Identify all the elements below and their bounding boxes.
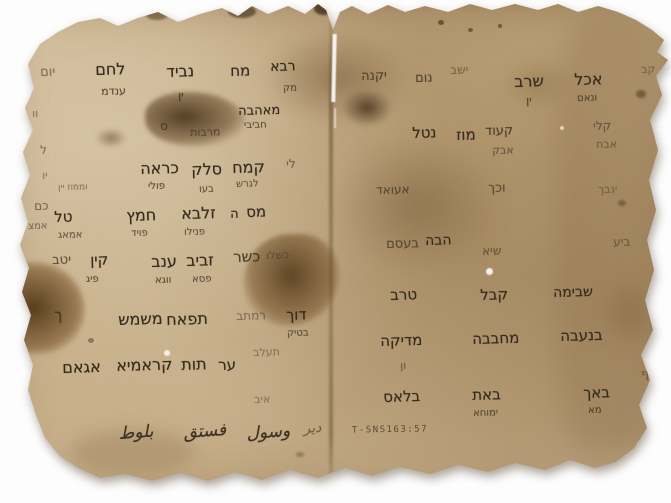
manuscript-word: בלאס: [383, 389, 420, 405]
manuscript-word: יום: [40, 66, 55, 79]
manuscript-word: זביב: [186, 252, 214, 269]
manuscript-word: כראה: [140, 160, 179, 177]
manuscript-word: שרב: [514, 73, 544, 90]
manuscript-word: קין: [90, 253, 108, 268]
manuscript-word: שיא: [482, 244, 502, 256]
manuscript-word: חביבי: [244, 120, 267, 131]
manuscript-word: מק: [283, 84, 297, 94]
manuscript-word: וו: [32, 108, 38, 119]
manuscript-word: אכל: [574, 71, 603, 88]
words-layer: יוםלחםענדמנבידיןמחרבאמקמאהבהחביבימרבותסו…: [0, 0, 671, 503]
manuscript-word: קלי: [593, 120, 611, 132]
manuscript-word: זלבא: [181, 205, 216, 222]
manuscript-word: אעואד: [376, 183, 410, 196]
manuscript-word: וממוז יין: [58, 183, 88, 193]
manuscript-word: קראמיא: [116, 357, 173, 374]
manuscript-word: פולי: [148, 182, 165, 192]
manuscript-word: בנעבה: [560, 328, 603, 344]
manuscript-word: פיג: [86, 275, 99, 285]
manuscript-word: ך: [54, 308, 62, 323]
manuscript-word: ער: [218, 358, 236, 373]
manuscript-word: יקנה: [361, 69, 387, 83]
manuscript-word: ה: [230, 208, 239, 221]
manuscript-word: دير: [303, 421, 322, 436]
photo-backdrop: יוםלחםענדמנבידיןמחרבאמקמאהבהחביבימרבותסו…: [0, 0, 671, 503]
manuscript-word: נום: [415, 72, 433, 85]
manuscript-word: כשלו: [266, 249, 289, 261]
manuscript-word: תעלב: [253, 346, 280, 358]
manuscript-word: ס: [160, 120, 168, 132]
manuscript-word: פויד: [131, 229, 148, 239]
manuscript-word: משמש: [118, 311, 163, 328]
manuscript-word: מחבבה: [472, 331, 520, 347]
manuscript-word: וכך: [488, 182, 506, 195]
manuscript-word: טרב: [390, 287, 417, 303]
manuscript-word: ווגא: [155, 276, 172, 286]
manuscript-word: רמתב: [236, 309, 266, 322]
manuscript-word: פסא: [192, 274, 212, 285]
manuscript-word: פנילו: [184, 227, 205, 238]
manuscript-word: ימוחא: [473, 408, 498, 419]
manuscript-word: מאהבה: [238, 104, 280, 118]
manuscript-word: קעוד: [485, 124, 513, 138]
manuscript-word: ענדמ: [101, 85, 126, 97]
manuscript-word: מא: [588, 406, 602, 416]
manuscript-word: קבל: [480, 287, 508, 303]
manuscript-word: אמצ: [28, 221, 48, 232]
manuscript-word: נטל: [412, 125, 437, 141]
manuscript-word: כשר: [233, 249, 260, 265]
manuscript-word: שבימה: [553, 285, 593, 300]
manuscript-word: ענב: [151, 253, 177, 270]
manuscript-word: אבק: [492, 144, 514, 156]
manuscript-word: בעסם: [386, 237, 419, 251]
manuscript-word: רבא: [270, 59, 296, 74]
manuscript-word: לגרש: [236, 179, 259, 190]
manuscript-word: באת: [472, 387, 501, 403]
manuscript-word: בעו: [199, 185, 214, 195]
manuscript-word: בטיק: [287, 328, 309, 339]
manuscript-word: איב: [254, 394, 270, 405]
manuscript-word: מוז: [456, 127, 476, 143]
manuscript-word: بلوط: [118, 424, 154, 443]
manuscript-word: ינבך: [598, 183, 617, 194]
manuscript-word: وسول: [246, 423, 291, 443]
manuscript-word: מרבות: [190, 126, 221, 138]
manuscript-word: מס: [246, 204, 266, 220]
paper-texture: יוםלחםענדמנבידיןמחרבאמקמאהבהחביבימרבותסו…: [0, 0, 671, 503]
manuscript-word: אמאג: [58, 230, 83, 241]
manuscript-word: ישב: [450, 64, 468, 76]
manuscript-word: فستق: [183, 422, 227, 442]
manuscript-word: נביד: [166, 63, 194, 80]
manuscript-word: ין: [178, 90, 184, 101]
manuscript-word: סלק: [191, 161, 222, 178]
shelfmark-label: T-SNS163:57: [352, 424, 428, 435]
manuscript-word: אגאם: [62, 359, 101, 376]
manuscript-word: ביע: [613, 236, 630, 248]
manuscript-word: כם: [34, 200, 49, 212]
manuscript-word: מח: [230, 63, 250, 79]
manuscript-word: יו: [42, 170, 48, 181]
manuscript-word: באך: [583, 385, 610, 401]
manuscript-word: יטב: [52, 254, 71, 267]
manuscript-word: לחם: [95, 61, 126, 78]
manuscript-word: דוך: [286, 307, 307, 323]
manuscript-word: קמח: [232, 159, 265, 176]
manuscript-word: תות: [181, 356, 207, 373]
manuscript-word: אבח: [596, 138, 617, 150]
manuscript-word: חמץ: [126, 207, 156, 224]
manuscript-word: מדיקה: [380, 333, 423, 349]
manuscript-word: ף: [641, 368, 649, 380]
manuscript-word: ין: [526, 95, 532, 106]
manuscript-word: לי: [286, 158, 296, 170]
manuscript-word: הבה: [425, 233, 452, 248]
manuscript-word: ון: [400, 360, 406, 371]
manuscript-word: ונאם: [577, 93, 597, 104]
manuscript-word: טל: [54, 210, 73, 225]
manuscript-word: קב: [641, 64, 655, 75]
manuscript-word: ל: [40, 144, 47, 156]
manuscript-word: תפאח: [166, 311, 208, 328]
manuscript-fragment: יוםלחםענדמנבידיןמחרבאמקמאהבהחביבימרבותסו…: [0, 0, 671, 503]
